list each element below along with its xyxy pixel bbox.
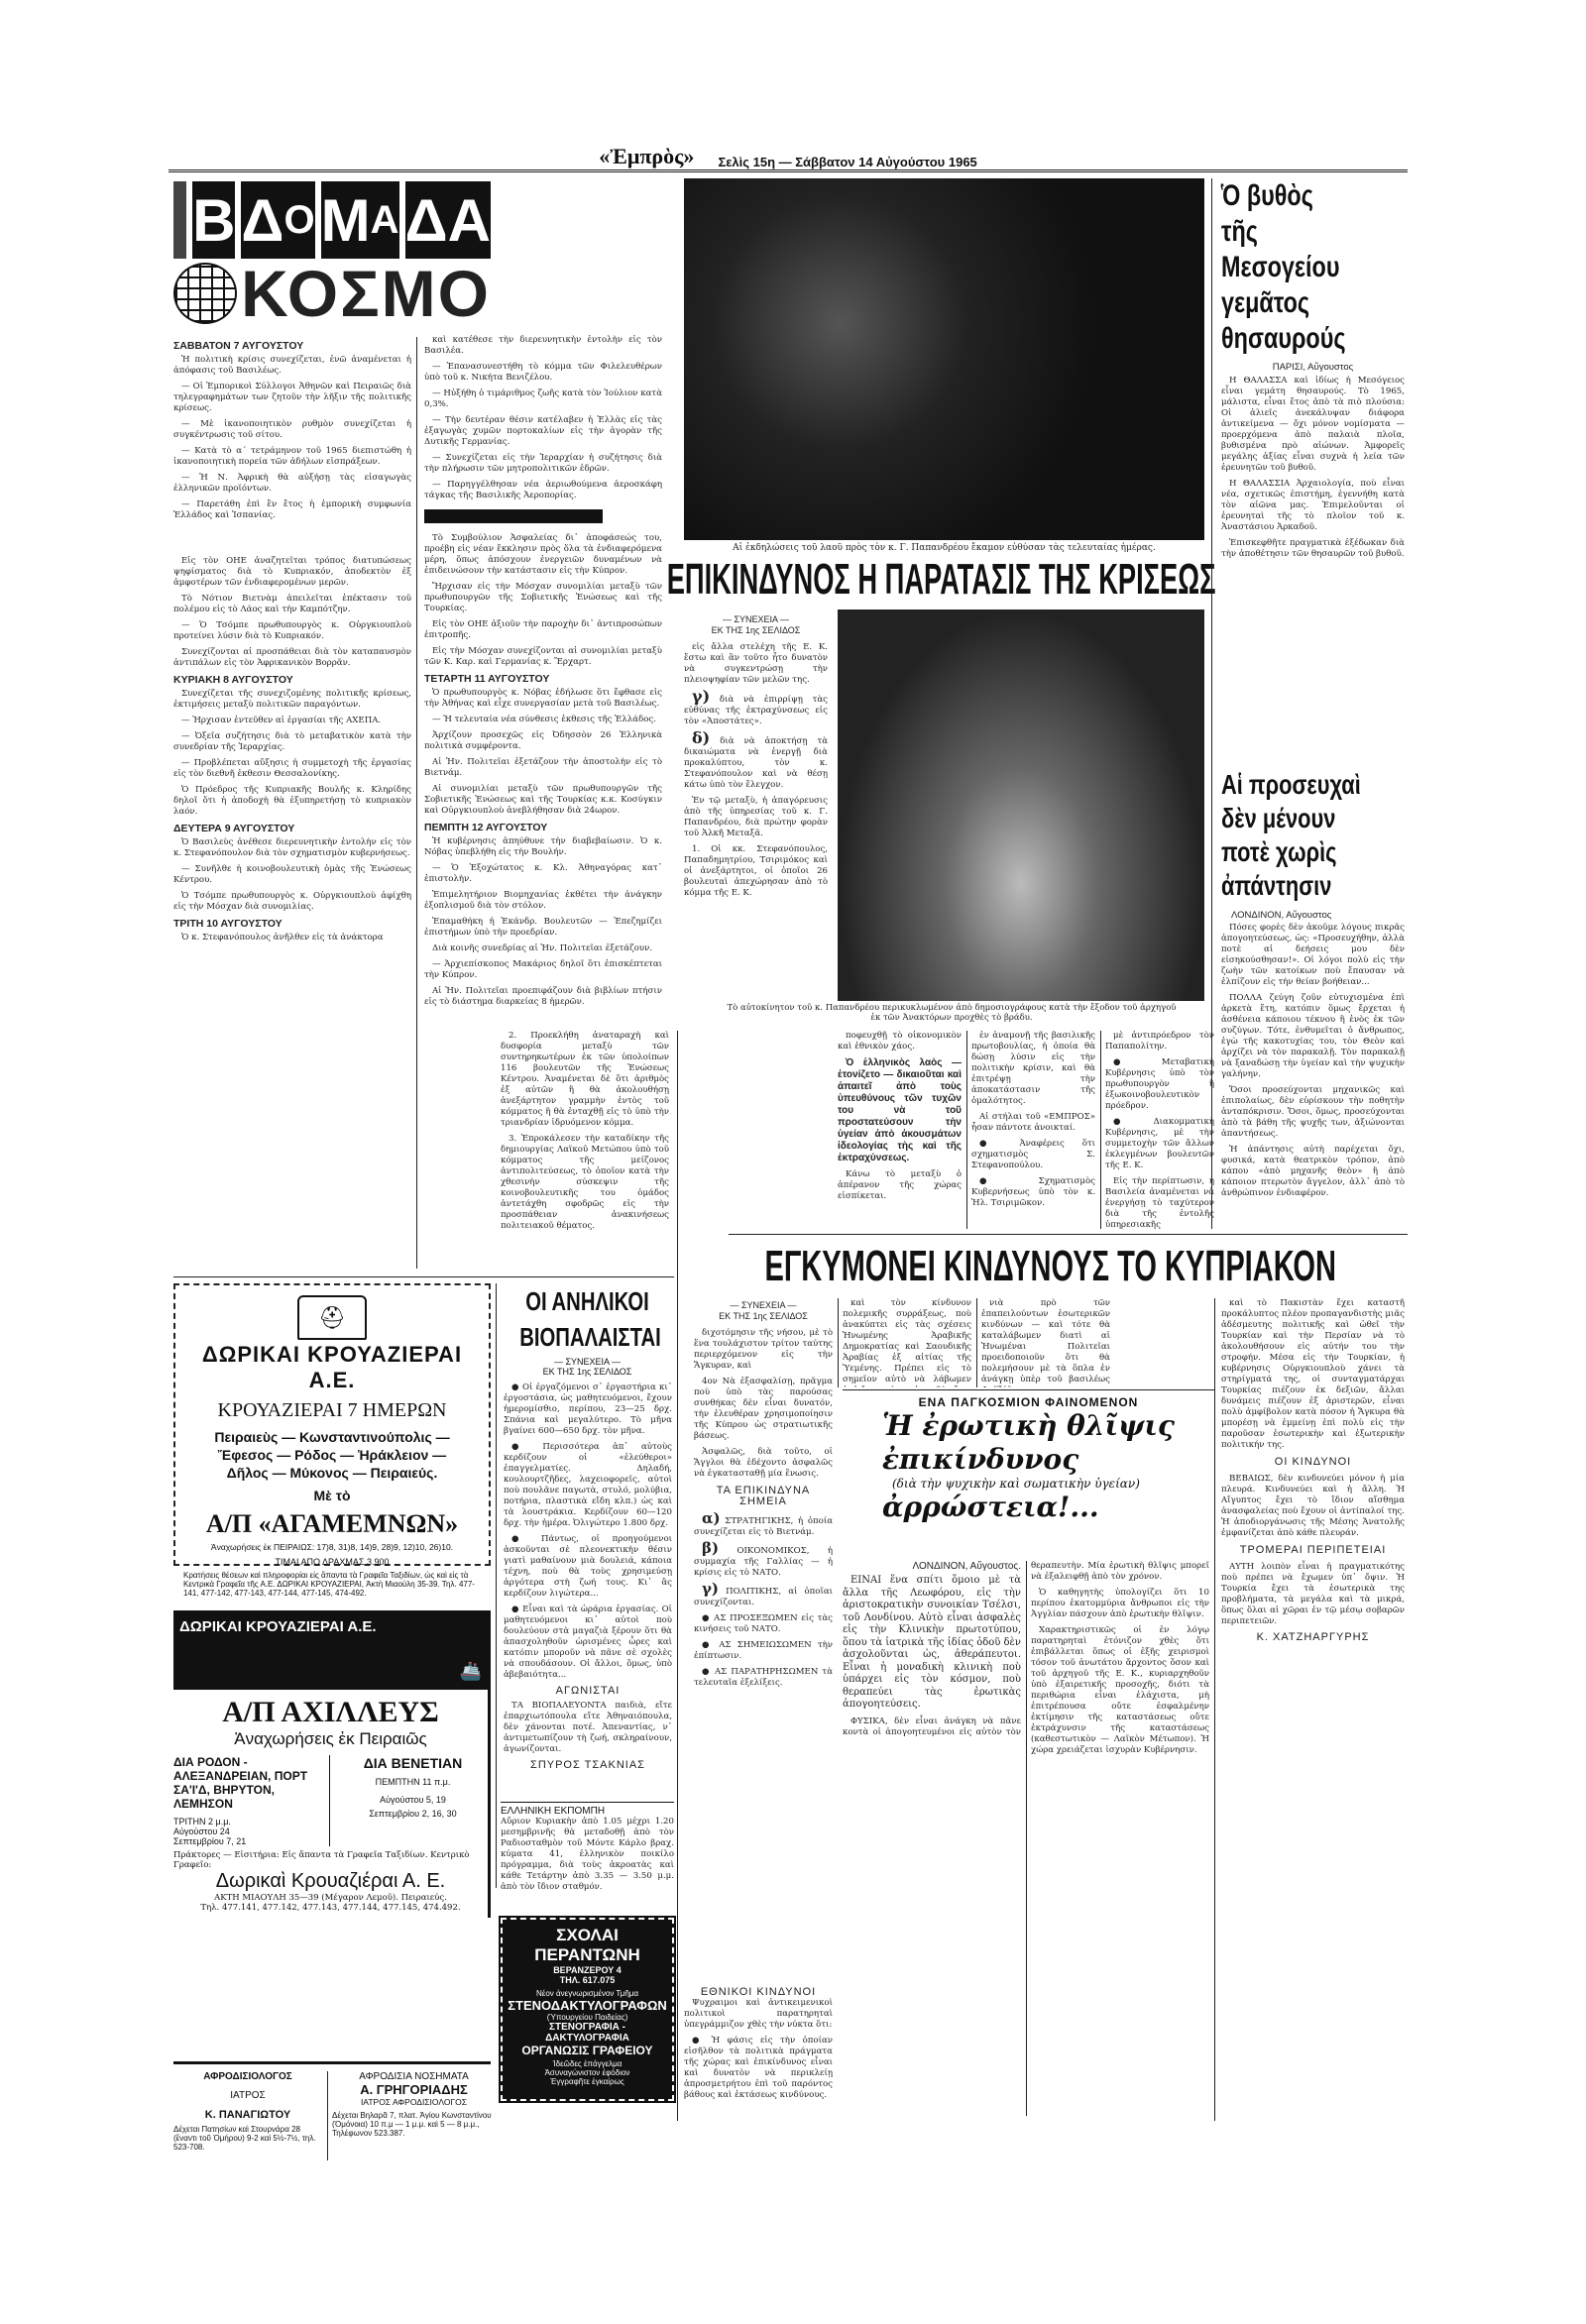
news-item: Τὸ Νότιον Βιετνὰμ ἀπειλεῖται ἐπέκτασιν τ…	[173, 594, 411, 615]
week-in-world-logo: Β ΔΟ ΜΑ ΔΑ ΚΟΣΜΟ	[173, 181, 491, 330]
crisis-points-column: 2. Προεκλήθη ἀναταραχὴ καὶ δυσφορία μετα…	[501, 1031, 669, 1278]
news-item: Ἡ πολιτικὴ κρίσις συνεχίζεται, ἐνῶ ἀναμέ…	[173, 355, 411, 377]
article-paragraph: ἐν ἀναμονῇ τῆς βασιλικῆς πρωτοβουλίας, ἡ…	[971, 1031, 1095, 1107]
day-heading: ΚΥΡΙΑΚΗ 8 ΑΥΓΟΥΣΤΟΥ	[173, 675, 411, 686]
bullet-item: ● Ἡ φάσις εἰς τὴν ὁποίαν εἰσῆλθον τὰ πολ…	[684, 2036, 833, 2101]
day-heading: ΣΑΒΒΑΤΟΝ 7 ΑΥΓΟΥΣΤΟΥ	[173, 341, 411, 352]
news-item: — Οἱ Ἐμπορικοὶ Σύλλογοι Ἀθηνῶν καὶ Πειρα…	[173, 382, 411, 414]
news-item: — Συνεχίζεται εἰς τὴν Ἱεραρχίαν ἡ συζήτη…	[424, 453, 662, 475]
article-paragraph: 4ον Νὰ ἐξασφαλίσῃ, πρᾶγμα ποὺ ὑπὸ τὰς πα…	[694, 1377, 833, 1442]
news-item: Ἡ κυβέρνησις ἀπηύθυνε τὴν διαβεβαίωσιν. …	[424, 836, 662, 858]
crisis-continued-col-b: ἐν ἀναμονῇ τῆς βασιλικῆς πρωτοβουλίας, ἡ…	[971, 1031, 1095, 1229]
headline-cyprus: ΕΓΚΥΜΟΝΕΙ ΚΙΝΔΥΝΟΥΣ ΤΟ ΚΥΠΡΙΑΚΟΝ	[765, 1242, 1336, 1291]
helmet-icon: ⛑	[297, 1295, 367, 1340]
title-line: γεμᾶτος	[1221, 285, 1368, 321]
news-item: — Ἐπανασυνεστήθη τὸ κόμμα τῶν Φιλελευθέρ…	[424, 362, 662, 384]
news-item: Ἀρχίζουν προσεχῶς εἰς Ὀδησσὸν 26 Ἑλληνικ…	[424, 730, 662, 752]
column-divider	[966, 1031, 967, 1229]
section-heading: ΕΘΝΙΚΟΙ ΚΙΝΔΥΝΟΙ	[684, 1987, 833, 1998]
news-item: Ἤρχισαν εἰς τὴν Μόσχαν συνομιλίαι μεταξὺ…	[424, 582, 662, 614]
bullet-item: ● Διακομματικὴ Κυβέρνησις, μὲ τὴν συμμετ…	[1105, 1117, 1214, 1171]
news-item: Αἱ Ἡν. Πολιτεῖαι ἐξετάζουν τὴν ἀποστολὴν…	[424, 757, 662, 779]
separator-bar	[424, 509, 603, 523]
point-item: γ) διὰ νὰ ἐπιρρίψῃ τὰς εὐθύνας τῆς ἐκτρα…	[684, 691, 828, 727]
article-paragraph: Εἰς τὴν περίπτωσιν, ἡ Βασιλεία ἀναμένετα…	[1105, 1176, 1214, 1229]
newspaper-name: «Ἐμπρὸς»	[599, 144, 694, 169]
ad-price: ΤΙΜΑΙ ΑΠΟ ΔΡΑΧΜΑΣ 3.900	[183, 1557, 481, 1567]
article-paragraph: Η ΘΑΛΑΣΣΑ καὶ ἰδίως ἡ Μεσόγειος εἶναι γε…	[1221, 376, 1405, 474]
car-photo	[838, 609, 1204, 1001]
news-item: Διὰ κοινῆς συνεδρίας αἱ Ἡν. Πολιτεῖαι ἐξ…	[424, 943, 662, 954]
title-line: Ἡ ἐρωτικὴ θλῖψις	[843, 1409, 1214, 1443]
news-item: — Κατὰ τὸ α΄ τετράμηνον τοῦ 1965 διεπιστ…	[173, 446, 411, 468]
news-item: — Ἡ Ν. Ἀφρικὴ θὰ αὐξήσῃ τὰς εἰσαγωγὰς ἑλ…	[173, 473, 411, 495]
ad-agamemnon-cruise: ⛑ ΔΩΡΙΚΑΙ ΚΡΟΥΑΖΙΕΡΑΙ Α.Ε. ΚΡΟΥΑΖΙΕΡΑΙ 7…	[173, 1283, 491, 1566]
crisis-continued-col-a: ποφευχθῇ τὸ οἰκονομικὸν καὶ ἐθνικὸν χάος…	[838, 1031, 962, 1229]
crisis-column: — ΣΥΝΕΧΕΙΑ —ΕΚ ΤΗΣ 1ης ΣΕΛΙΔΟΣ εἰς ἄλλα …	[684, 612, 828, 1004]
week-column-1: ΣΑΒΒΑΤΟΝ 7 ΑΥΓΟΥΣΤΟΥ Ἡ πολιτικὴ κρίσις σ…	[173, 335, 411, 1272]
article-paragraph: μὲ ἀντιπρόεδρον τὸν Παπαπολίτην.	[1105, 1031, 1214, 1052]
column-divider	[416, 337, 417, 1269]
ad-doctor-grigoriadis: ΑΦΡΟΔΙΣΙΑ ΝΟΣΗΜΑΤΑ Α. ΓΡΗΓΟΡΙΑΔΗΣ ΙΑΤΡΟΣ…	[332, 2071, 496, 2138]
bullet-item: ● ΑΣ ΣΗΜΕΙΩΣΩΜΕΝ τὴν ἐπίπτωσιν.	[694, 1640, 833, 1662]
youth-article-body: ● Οἱ ἐργαζόμενοι σ᾿ ἐργαστήρια κι᾿ ἐργοσ…	[504, 1383, 672, 1799]
national-dangers-block: ΕΘΝΙΚΟΙ ΚΙΝΔΥΝΟΙ Ψυχραιμοι καὶ ἀντικειμε…	[684, 1987, 833, 2116]
news-item: Συνεχίζονται αἱ προσπάθειαι διὰ τὸν κατα…	[173, 647, 411, 669]
news-item: — Ἀρχιεπίσκοπος Μακάριος δηλοῖ ὅτι ἐπισκ…	[424, 959, 662, 981]
news-item: — Ἡ τελευταία νέα σύνθεσις ἐκθεσις τῆς Ἑ…	[424, 715, 662, 725]
ad-school-perantoni: ΣΧΟΛΑΙ ΠΕΡΑΝΤΩΝΗ ΒΕΡΑΝΖΕΡΟΥ 4 ΤΗΛ. 617.0…	[501, 1918, 674, 2101]
ad-company: ΔΩΡΙΚΑΙ ΚΡΟΥΑΖΙΕΡΑΙ Α.Ε.	[183, 1342, 481, 1393]
cyprus-column-2: καὶ τὸν κίνδυνον πολεμικῆς συρράξεως, πο…	[843, 1298, 971, 1387]
article-paragraph: Αἱ στήλαι τοῦ «ΕΜΠΡΟΣ» ἦσαν πάντοτε ἀνοι…	[971, 1112, 1095, 1134]
ad-with: Μὲ τὸ	[183, 1488, 481, 1503]
article-paragraph: καὶ τὸν κίνδυνον πολεμικῆς συρράξεως, πο…	[843, 1298, 971, 1387]
news-item: — Ἠρχισαν ἐντεῦθεν αἱ ἐργασίαι τῆς ΑΧΕΠΑ…	[173, 716, 411, 726]
article-paragraph: 2. Προεκλήθη ἀναταραχὴ καὶ δυσφορία μετα…	[501, 1031, 669, 1129]
column-divider	[496, 1283, 497, 1888]
author: Κ. ΧΑΤΖΗΑΡΓΥΡΗΣ	[1221, 1632, 1405, 1643]
ad-banner: ΔΩΡΙΚΑΙ ΚΡΟΥΑΖΙΕΡΑΙ Α.Ε. 🚢	[173, 1610, 488, 1690]
prayers-article-title: Αἱ προσευχαὶ δὲν μένουν ποτὲ χωρὶς ἀπάντ…	[1221, 768, 1410, 903]
ad-routes: ΔΙΑ ΡΟΔΟΝ - ΑΛΕΞΑΝΔΡΕΙΑΝ, ΠΟΡΤ ΣΑ'Ι'Δ, Β…	[173, 1755, 488, 1846]
news-item: Τὸ Συμβούλιον Ἀσφαλείας δι᾿ ἀποφάσεώς το…	[424, 533, 662, 577]
article-paragraph: Ἐν τῷ μεταξὺ, ἡ ἀπαγόρευσις ἀπὸ τῆς ὑπηρ…	[684, 796, 828, 839]
title-line: ποτὲ χωρὶς	[1221, 835, 1368, 869]
point-item: γ) ΠΟΛΙΤΙΚΗΣ, αἱ ὁποῖαι συνεχίζονται.	[694, 1584, 833, 1608]
article-paragraph: 3. Ἐπροκάλεσεν τὴν καταδίκην τῆς δημιουρ…	[501, 1134, 669, 1232]
crowd-photo	[684, 178, 1204, 540]
section-divider	[729, 1234, 1408, 1235]
logo-letter: ΜΑ	[321, 181, 399, 259]
section-divider	[173, 2061, 491, 2064]
title-line: θησαυρούς	[1221, 321, 1368, 357]
news-item: Εἰς τὴν Μόσχαν συνεχίζονται αἱ συνομιλία…	[424, 646, 662, 668]
column-divider	[327, 2071, 328, 2160]
news-item: καὶ κατέθεσε τὴν διερευνητικὴν ἐντολὴν ε…	[424, 335, 662, 357]
globe-icon	[173, 263, 237, 324]
title-line: Μεσογείου	[1221, 250, 1368, 285]
logo-letter: ΔΑ	[405, 181, 491, 259]
title-line: Ὁ βυθὸς	[1221, 178, 1368, 214]
ad-tickets: Πράκτορες — Εἰσιτήρια: Εἰς ἅπαντα τὰ Γρα…	[173, 1850, 488, 1870]
logo-photo-strip	[173, 181, 186, 259]
erotic-article-body: ΛΟΝΔΙΝΟΝ, Αὔγουστος. ΕΙΝΑΙ ἕνα σπίτι ὅμο…	[843, 1561, 1209, 2116]
title-line: τῆς	[1221, 214, 1368, 250]
ad-ship-name: Α/Π ΑΧΙΛΛΕΥΣ	[173, 1696, 488, 1729]
prayers-article-body: ΛΟΝΔΙΝΟΝ, Αὔγουστος Πόσες φορὲς δὲν ἀκοῦ…	[1221, 910, 1405, 1227]
article-paragraph: ΑΥΤΗ λοιπὸν εἶναι ἡ πραγματικότης ποὺ πρ…	[1221, 1562, 1405, 1627]
day-heading: ΠΕΜΠΤΗ 12 ΑΥΓΟΥΣΤΟΥ	[424, 823, 662, 833]
news-item: Εἰς τὸν ΟΗΕ ἀναζητεῖται τρόπος διατυπώσε…	[173, 556, 411, 589]
article-paragraph: Ἀσφαλῶς, διὰ τοῦτο, οἱ Ἄγγλοι θὰ ἐδέχοντ…	[694, 1447, 833, 1480]
article-paragraph: Ψυχραιμοι καὶ ἀντικειμενικοὶ πολιτικοὶ π…	[684, 1998, 833, 2031]
news-item: Ὁ πρωθυπουργὸς κ. Νόβας ἐδήλωσε ὅτι ἔφθα…	[424, 688, 662, 710]
ad-ship-name: Α/Π «ΑΓΑΜΕΜΝΩΝ»	[183, 1509, 481, 1539]
bullet-item: ● Περισσότερα ἀπ᾿ αὐτοὺς κερδίζουν οἱ «ἐ…	[504, 1442, 672, 1529]
sea-article-body: ΠΑΡΙΣΙ, Αὔγουστος Η ΘΑΛΑΣΣΑ καὶ ἰδίως ἡ …	[1221, 362, 1405, 763]
news-item: Ὁ Τσόμπε πρωθυπουργὸς κ. Οὐργκιουπλοὺ ἀφ…	[173, 891, 411, 913]
section-divider	[843, 1389, 1214, 1390]
erotic-article-title: ΕΝΑ ΠΑΓΚΟΣΜΙΟΝ ΦΑΙΝΟΜΕΝΟΝ Ἡ ἐρωτικὴ θλῖψ…	[843, 1395, 1214, 1524]
masthead: «Ἐμπρὸς» Σελὶς 15η — Σάββατον 14 Αὐγούστ…	[169, 147, 1408, 172]
article-lead: εἰς ἄλλα στελέχη τῆς Ε. Κ. ἔστω καὶ ἂν τ…	[684, 642, 828, 686]
ad-doctor-panagiotou: ΑΦΡΟΔΙΣΙΟΛΟΓΟΣ ΙΑΤΡΟΣ Κ. ΠΑΝΑΓΙΩΤΟΥ Δέχε…	[173, 2071, 322, 2152]
article-paragraph: Πόσες φορὲς δὲν ἀκοῦμε λόγους πικρᾶς ἀπο…	[1221, 923, 1405, 988]
news-item: Αἱ Ἡν. Πολιτεῖαι προεπιφάζουν διὰ βιβλίω…	[424, 986, 662, 1008]
dateline: ΛΟΝΔΙΝΟΝ, Αὔγουστος.	[843, 1561, 1021, 1572]
cyprus-column-4: καὶ τὸ Πακιστὰν ἔχει καταστῆ προκάλυπτος…	[1221, 1298, 1405, 2121]
news-item: — Παρηγγέλθησαν νέα ἀεριωθούμενα ἀεροσκά…	[424, 480, 662, 501]
section-heading: ΤΡΟΜΕΡΑΙ ΠΕΡΙΠΕΤΕΙΑΙ	[1221, 1545, 1405, 1556]
column-divider	[1214, 1298, 1215, 2121]
continuation-label: — ΣΥΝΕΧΕΙΑ —ΕΚ ΤΗΣ 1ης ΣΕΛΙΔΟΣ	[684, 614, 828, 636]
bullet-item: ● Ἀναφέρεις ὅτι σχηματισμὸς Σ. Στεφανοπο…	[971, 1139, 1095, 1171]
column-divider	[838, 1298, 839, 1387]
crisis-continued-col-c: μὲ ἀντιπρόεδρον τὸν Παπαπολίτην. ● Μεταβ…	[1105, 1031, 1214, 1229]
article-paragraph: ΒΕΒΑΙΩΣ, δὲν κινδυνεύει μόνον ἡ μία πλευ…	[1221, 1474, 1405, 1539]
point-item: α) ΣΤΡΑΤΗΓΙΚΗΣ, ἡ ὁποία συνεχίζεται εἰς …	[694, 1513, 833, 1538]
ad-route: Πειραιεὺς — Κωνσταντινούπολις — Ἔφεσος —…	[183, 1428, 481, 1482]
headline-cyprus-wrap: ΕΓΚΥΜΟΝΕΙ ΚΙΝΔΥΝΟΥΣ ΤΟ ΚΥΠΡΙΑΚΟΝ	[694, 1239, 1408, 1293]
title-line: ἀπάντησιν	[1221, 869, 1368, 903]
article-paragraph: νιὰ πρὸ τῶν ἐπαπειλούντων ἐσωτερικῶν κιν…	[981, 1298, 1110, 1387]
ad-headline: ΚΡΟΥΑΖΙΕΡΑΙ 7 ΗΜΕΡΩΝ	[183, 1399, 481, 1422]
column-divider	[677, 1031, 678, 2121]
news-item: Εἰς τὸν ΟΗΕ ἀξιοῦν τὴν παροχὴν δι᾿ ἀντιπ…	[424, 619, 662, 641]
cyprus-column-1: — ΣΥΝΕΧΕΙΑ —ΕΚ ΤΗΣ 1ης ΣΕΛΙΔΟΣ διχοτόμησ…	[694, 1298, 833, 1982]
news-item: — Ὁ Ἐξοχώτατος κ. Κλ. Ἀθηναγόρας κατ᾿ ἐπ…	[424, 863, 662, 885]
ad-info: Κρατήσεις θέσεων καὶ πληροφορίαι εἰς ἅπα…	[183, 1571, 481, 1598]
news-item: Ὁ Βασιλεὺς ἀνέθεσε διερευνητικὴν ἐντολὴν…	[173, 837, 411, 859]
article-paragraph: διχοτόμησιν τῆς νήσου, μὲ τὸ ἕνα τουλάχι…	[694, 1328, 833, 1372]
day-heading: ΤΡΙΤΗ 10 ΑΥΓΟΥΣΤΟΥ	[173, 919, 411, 930]
news-item: — Παρετάθη ἐπὶ ἓν ἔτος ἡ ἐμπορικὴ συμφων…	[173, 499, 411, 521]
article-paragraph: Χαρακτηριστικῶς οἱ ἐν λόγῳ παρατηρηταὶ ἐ…	[1031, 1625, 1209, 1756]
column-divider	[1211, 178, 1212, 1229]
headline-crisis-wrap: ΕΠΙΚΙΝΔΥΝΟΣ Η ΠΑΡΑΤΑΣΙΣ ΤΗΣ ΚΡΙΣΕΩΣ	[634, 555, 1249, 605]
sea-article-title: Ὁ βυθὸς τῆς Μεσογείου γεμᾶτος θησαυρούς	[1221, 178, 1410, 357]
point-item: δ) διὰ νὰ ἀποκτήσῃ τὰ δικαιώματα νὰ ἐνερ…	[684, 732, 828, 791]
headline-crisis: ΕΠΙΚΙΝΔΥΝΟΣ Η ΠΑΡΑΤΑΣΙΣ ΤΗΣ ΚΡΙΣΕΩΣ	[667, 555, 1216, 605]
bullet-item: ● Εἶναι καὶ τὰ ὡράρια ἐργασίας. Οἱ μαθητ…	[504, 1605, 672, 1681]
title-line: Αἱ προσευχαὶ	[1221, 768, 1368, 802]
news-item: Ἐπιμελητήριον Βιομηχανίας ἐκθέτει τὴν ἀν…	[424, 890, 662, 912]
ad-departures: Ἀναχωρήσεις ἐκ ΠΕΙΡΑΙΩΣ: 17)8, 31)8, 14)…	[183, 1542, 481, 1552]
article-paragraph: Η ΘΑΛΑΣΣΙΑ Ἀρχαιολογία, ποὺ εἶναι νέα, σ…	[1221, 479, 1405, 533]
column-divider	[976, 1298, 977, 1387]
bullet-item: ● ΑΣ ΠΡΟΣΕΞΩΜΕΝ εἰς τὰς κινήσεις τοῦ ΝΑΤ…	[694, 1613, 833, 1635]
radio-note: ΕΛΛΗΝΙΚΗ ΕΚΠΟΜΠΗ Αὔριον Κυριακὴν ἀπὸ 1.0…	[501, 1802, 674, 1893]
day-heading: ΤΕΤΑΡΤΗ 11 ΑΥΓΟΥΣΤΟΥ	[424, 674, 662, 685]
point-item: β) ΟΙΚΟΝΟΜΙΚΟΣ, ἡ συμμαχία τῆς Γαλλίας —…	[694, 1543, 833, 1579]
article-paragraph: Κάνω τὸ μεταξὺ ὁ ἀπέρανον τῆς χώρας εἰσπ…	[838, 1169, 962, 1202]
news-item: — Ὁ Τσόμπε πρωθυπουργὸς κ. Οὐργκιουπλοὺ …	[173, 620, 411, 642]
bullet-item: ● Μεταβατικὴ Κυβέρνησις ὑπὸ τὸν πρωθυπου…	[1105, 1057, 1214, 1112]
ad-address: ΑΚΤΗ ΜΙΑΟΥΛΗ 35—39 (Μέγαρον Λεμοῦ). Πειρ…	[173, 1893, 488, 1903]
dateline: ΛΟΝΔΙΝΟΝ, Αὔγουστος	[1221, 910, 1405, 921]
news-item: Ὁ Πρόεδρος τῆς Κυπριακῆς Βουλῆς κ. Κληρί…	[173, 785, 411, 818]
article-paragraph: 1. Οἱ κκ. Στεφανόπουλος, Παπαδημητρίου, …	[684, 844, 828, 899]
article-paragraph: ΠΟΛΛΑ ζεύγη ζοῦν εὐτυχισμένα ἐπὶ ἀρκετὰ …	[1221, 993, 1405, 1080]
article-paragraph: ΕΙΝΑΙ ἕνα σπίτι ὅμοιο μὲ τὰ ἄλλα τῆς Λεω…	[843, 1575, 1021, 1712]
article-emphasis: Ὁ ἑλληνικὸς λαὸς — ἐτονίζετο — δικαιοῦτα…	[838, 1057, 962, 1164]
page-date-info: Σελὶς 15η — Σάββατον 14 Αὐγούστου 1965	[718, 155, 976, 169]
news-item: — Ὀξεῖα συζήτησις διὰ τὸ μεταβατικὸν κατ…	[173, 731, 411, 753]
news-item: Συνεχίζεται τῆς συνεχιζομένης πολιτικῆς …	[173, 689, 411, 711]
logo-kosmo: ΚΟΣΜΟ	[241, 256, 491, 331]
photo-caption-2: Τὸ αὐτοκίνητον τοῦ κ. Παπανδρέου περικυκ…	[694, 1003, 1209, 1023]
column-divider	[1100, 1031, 1101, 1229]
news-item: — Προβλέπεται αὔξησις ἡ συμμετοχὴ τῆς ἐρ…	[173, 758, 411, 780]
news-item: Ὁ κ. Στεφανόπουλος ἀνῆλθεν εἰς τὰ ἀνάκτο…	[173, 933, 411, 943]
continuation-label: — ΣΥΝΕΧΕΙΑ —ΕΚ ΤΗΣ 1ης ΣΕΛΙΔΟΣ	[501, 1357, 674, 1377]
news-item: — Ηὐξήθη ὁ τιμάριθμος ζωῆς κατὰ τὸν Ἰούλ…	[424, 388, 662, 410]
article-paragraph: ΤΑ ΒΙΟΠΑΛΕΥΟΝΤΑ παιδιὰ, εἴτε ἐπαρχιωτόπο…	[504, 1701, 672, 1755]
section-heading: ΑΓΩΝΙΣΤΑΙ	[504, 1686, 672, 1697]
article-paragraph: καὶ τὸ Πακιστὰν ἔχει καταστῆ προκάλυπτος…	[1221, 1298, 1405, 1451]
section-heading: ΤΑ ΕΠΙΚΙΝΔΥΝΑ ΣΗΜΕΙΑ	[694, 1486, 833, 1507]
news-item: — Μὲ ἱκανοποιητικὸν ρυθμὸν συνεχίζεται ἡ…	[173, 419, 411, 441]
ship-icon: 🚢	[179, 1661, 482, 1682]
news-item: — Συνῆλθε ἡ κοινοβουλευτικὴ ὁμὰς τῆς Ἑνώ…	[173, 864, 411, 886]
bullet-item: ● Σχηματισμὸς Κυβερνήσεως ὑπὸ τὸν κ. Ἠλ.…	[971, 1176, 1095, 1209]
title-line: ἐπικίνδυνος	[843, 1443, 1214, 1477]
day-heading: ΔΕΥΤΕΡΑ 9 ΑΥΓΟΥΣΤΟΥ	[173, 824, 411, 834]
kicker: ΕΝΑ ΠΑΓΚΟΣΜΙΟΝ ΦΑΙΝΟΜΕΝΟΝ	[843, 1395, 1214, 1409]
ad-achilleus-cruise: ΔΩΡΙΚΑΙ ΚΡΟΥΑΖΙΕΡΑΙ Α.Ε. 🚢 Α/Π ΑΧΙΛΛΕΥΣ …	[173, 1610, 491, 1918]
ad-subtitle: Ἀναχωρήσεις ἐκ Πειραιῶς	[173, 1729, 488, 1749]
author: ΣΠΥΡΟΣ ΤΣΑΚΝΙΑΣ	[504, 1760, 672, 1771]
subtitle: (διὰ τὴν ψυχικὴν καὶ σωματικὴν ὑγείαν)	[843, 1477, 1214, 1491]
logo-letter: ΔΟ	[241, 181, 314, 259]
news-item: — Τὴν δευτέραν θέσιν κατέλαβεν ἡ Ἑλλὰς ε…	[424, 415, 662, 448]
cyprus-column-3: νιὰ πρὸ τῶν ἐπαπειλούντων ἐσωτερικῶν κιν…	[981, 1298, 1110, 1387]
news-item: Αἱ συνομιλίαι μεταξὺ τῶν πρωθυπουργῶν τῆ…	[424, 784, 662, 817]
news-item: Ἐπαμαθήκη ἡ Ἑκάνδρ. Βουλευτῶν — Ἐπεζημίζ…	[424, 917, 662, 939]
article-paragraph: Ὅσοι προσεύχονται μηχανικῶς καὶ ἐπιπολαί…	[1221, 1085, 1405, 1140]
title-line: δὲν μένουν	[1221, 802, 1368, 835]
section-heading: ΟΙ ΚΙΝΔΥΝΟΙ	[1221, 1457, 1405, 1468]
ad-phones: Τηλ. 477.141, 477.142, 477.143, 477.144,…	[173, 1903, 488, 1913]
dateline: ΠΑΡΙΣΙ, Αὔγουστος	[1221, 362, 1405, 373]
bullet-item: ● ΑΣ ΠΑΡΑΤΗΡΗΣΩΜΕΝ τὰ τελευταῖα ἐξελίξει…	[694, 1667, 833, 1689]
continuation-label: — ΣΥΝΕΧΕΙΑ —ΕΚ ΤΗΣ 1ης ΣΕΛΙΔΟΣ	[694, 1300, 833, 1322]
ad-company: Δωρικαὶ Κρουαζιέραι Α. Ε.	[173, 1870, 488, 1893]
youth-article-title: ΟΙ ΑΝΗΛΙΚΟΙ ΒΙΟΠΑΛΑΙΣΤΑΙ — ΣΥΝΕΧΕΙΑ —ΕΚ …	[501, 1283, 674, 1383]
photo-caption: Αἱ ἐκδηλώσεις τοῦ λαοῦ πρὸς τὸν κ. Γ. Πα…	[684, 543, 1204, 553]
article-paragraph: ποφευχθῇ τὸ οἰκονομικὸν καὶ ἐθνικὸν χάος…	[838, 1031, 962, 1052]
article-paragraph: Ἡ ἀπάντησις αὐτὴ παρέχεται ὄχι, φυσικά, …	[1221, 1145, 1405, 1199]
title-line: ἀρρώστεια!...	[843, 1491, 1214, 1524]
bullet-item: ● Οἱ ἐργαζόμενοι σ᾿ ἐργαστήρια κι᾿ ἐργοσ…	[504, 1383, 672, 1437]
bullet-item: ● Πάντως, οἱ προηγούμενοι ἀσκοῦνται σὲ π…	[504, 1534, 672, 1600]
logo-letter: Β	[192, 181, 235, 259]
article-paragraph: Ἐπισκεφθῆτε πραγματικὰ ἐξέδωκαν διὰ τὴν …	[1221, 538, 1405, 560]
article-paragraph: Ὁ καθηγητὴς ὑπολογίζει ὅτι 10 περίπου ἐκ…	[1031, 1588, 1209, 1620]
